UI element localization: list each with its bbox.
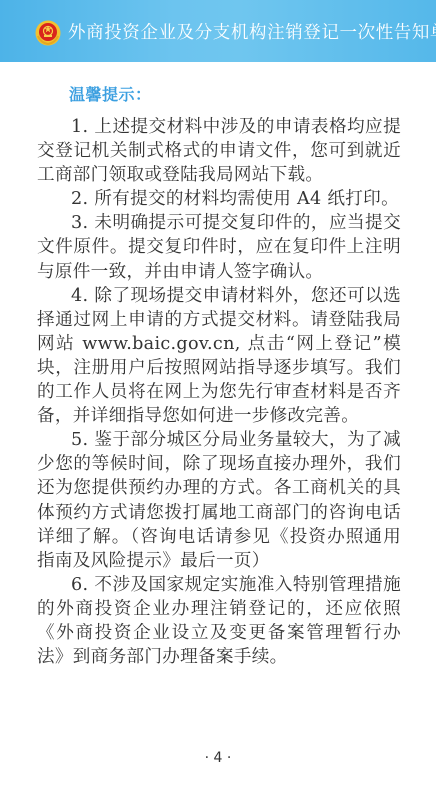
page-number: · 4 · [0,749,436,767]
notice-item-4: 4. 除了现场提交申请材料外，您还可以选择通过网上申请的方式提交材料。请登陆我局… [37,284,401,429]
notice-item-6: 6. 不涉及国家规定实施准入特别管理措施的外商投资企业办理注销登记的，还应依照《… [37,573,401,669]
document-title: 外商投资企业及分支机构注销登记一次性告知单 [68,21,436,45]
notice-item-5: 5. 鉴于部分城区分局业务量较大，为了减少您的等候时间，除了现场直接办理外，我们… [37,428,401,573]
notice-heading: 温馨提示： [69,84,401,106]
national-emblem-icon [35,20,61,46]
notice-item-1: 1. 上述提交材料中涉及的申请表格均应提交登记机关制式格式的申请文件，您可到就近… [37,115,401,187]
notice-item-2: 2. 所有提交的材料均需使用 A4 纸打印。 [37,187,401,211]
notice-item-3: 3. 未明确提示可提交复印件的，应当提交文件原件。提交复印件时，应在复印件上注明… [37,211,401,283]
notice-section: 温馨提示： 1. 上述提交材料中涉及的申请表格均应提交登记机关制式格式的申请文件… [37,84,401,669]
document-header: 外商投资企业及分支机构注销登记一次性告知单 [0,0,436,62]
